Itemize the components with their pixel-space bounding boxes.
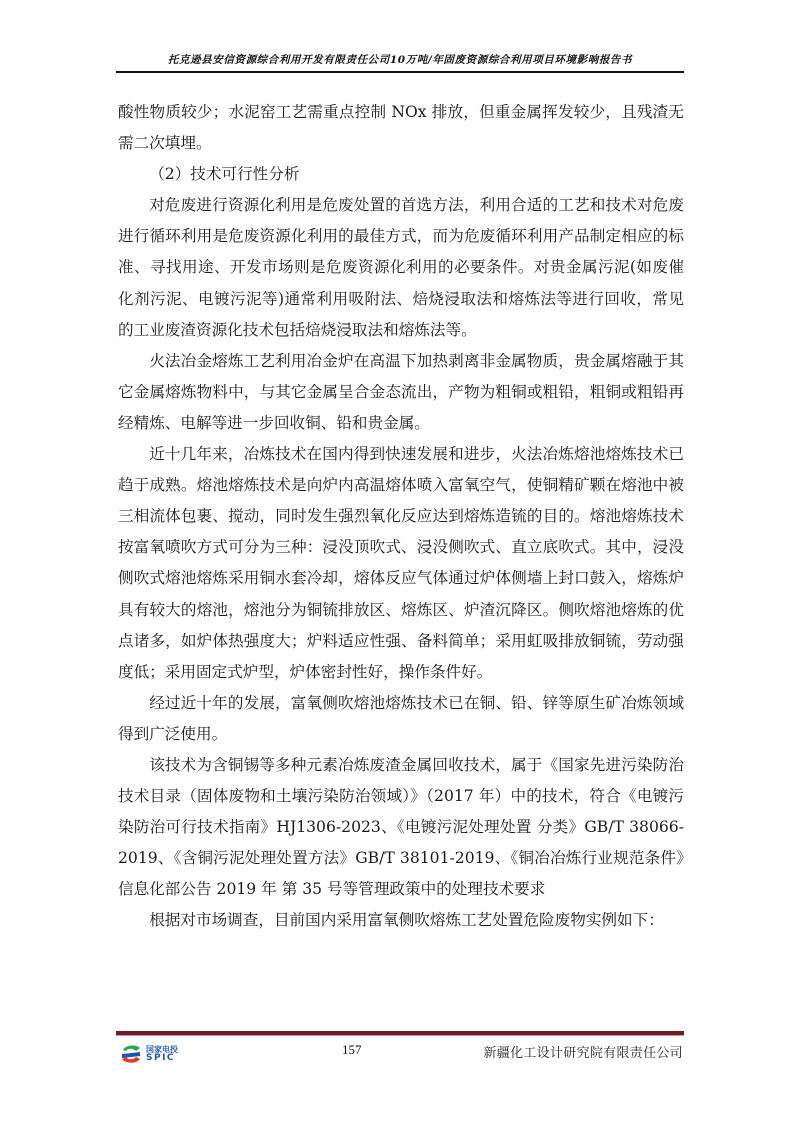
running-header: 托克逊县安信资源综合利用开发有限责任公司10万吨/年固废资源综合利用项目环境影响… <box>116 52 684 67</box>
footer-divider <box>116 1031 684 1036</box>
header-divider <box>116 71 684 73</box>
spic-logo: 国家电投 SPIC <box>120 1042 210 1066</box>
paragraph: 对危废进行资源化利用是危废处置的首选方法，利用合适的工艺和技术对危废进行循环利用… <box>118 190 684 345</box>
section-heading: （2）技术可行性分析 <box>118 159 684 190</box>
paragraph: 根据对市场调查，目前国内采用富氧侧吹熔炼工艺处置危险废物实例如下： <box>118 905 684 936</box>
page-number: 157 <box>342 1042 362 1058</box>
footer-company-name: 新疆化工设计研究院有限责任公司 <box>483 1042 683 1061</box>
paragraph: 火法冶金熔炼工艺利用冶金炉在高温下加热剥离非金属物质，贵金属熔融于其它金属熔炼物… <box>118 346 684 439</box>
paragraph: 经过近十年的发展，富氧侧吹熔池熔炼技术已在铜、铅、锌等原生矿冶炼领域得到广泛使用… <box>118 688 684 750</box>
paragraph-continuation: 酸性物质较少；水泥窑工艺需重点控制 NOx 排放，但重金属挥发较少，且残渣无需二… <box>118 97 684 159</box>
logo-text-en: SPIC <box>146 1054 178 1063</box>
spic-logo-icon <box>120 1044 142 1064</box>
paragraph: 近十几年来，冶炼技术在国内得到快速发展和进步，火法冶炼熔池熔炼技术已趋于成熟。熔… <box>118 439 684 688</box>
document-body: 酸性物质较少；水泥窑工艺需重点控制 NOx 排放，但重金属挥发较少，且残渣无需二… <box>118 97 684 937</box>
paragraph: 该技术为含铜锡等多种元素冶炼废渣金属回收技术，属于《国家先进污染防治技术目录（固… <box>118 750 684 905</box>
